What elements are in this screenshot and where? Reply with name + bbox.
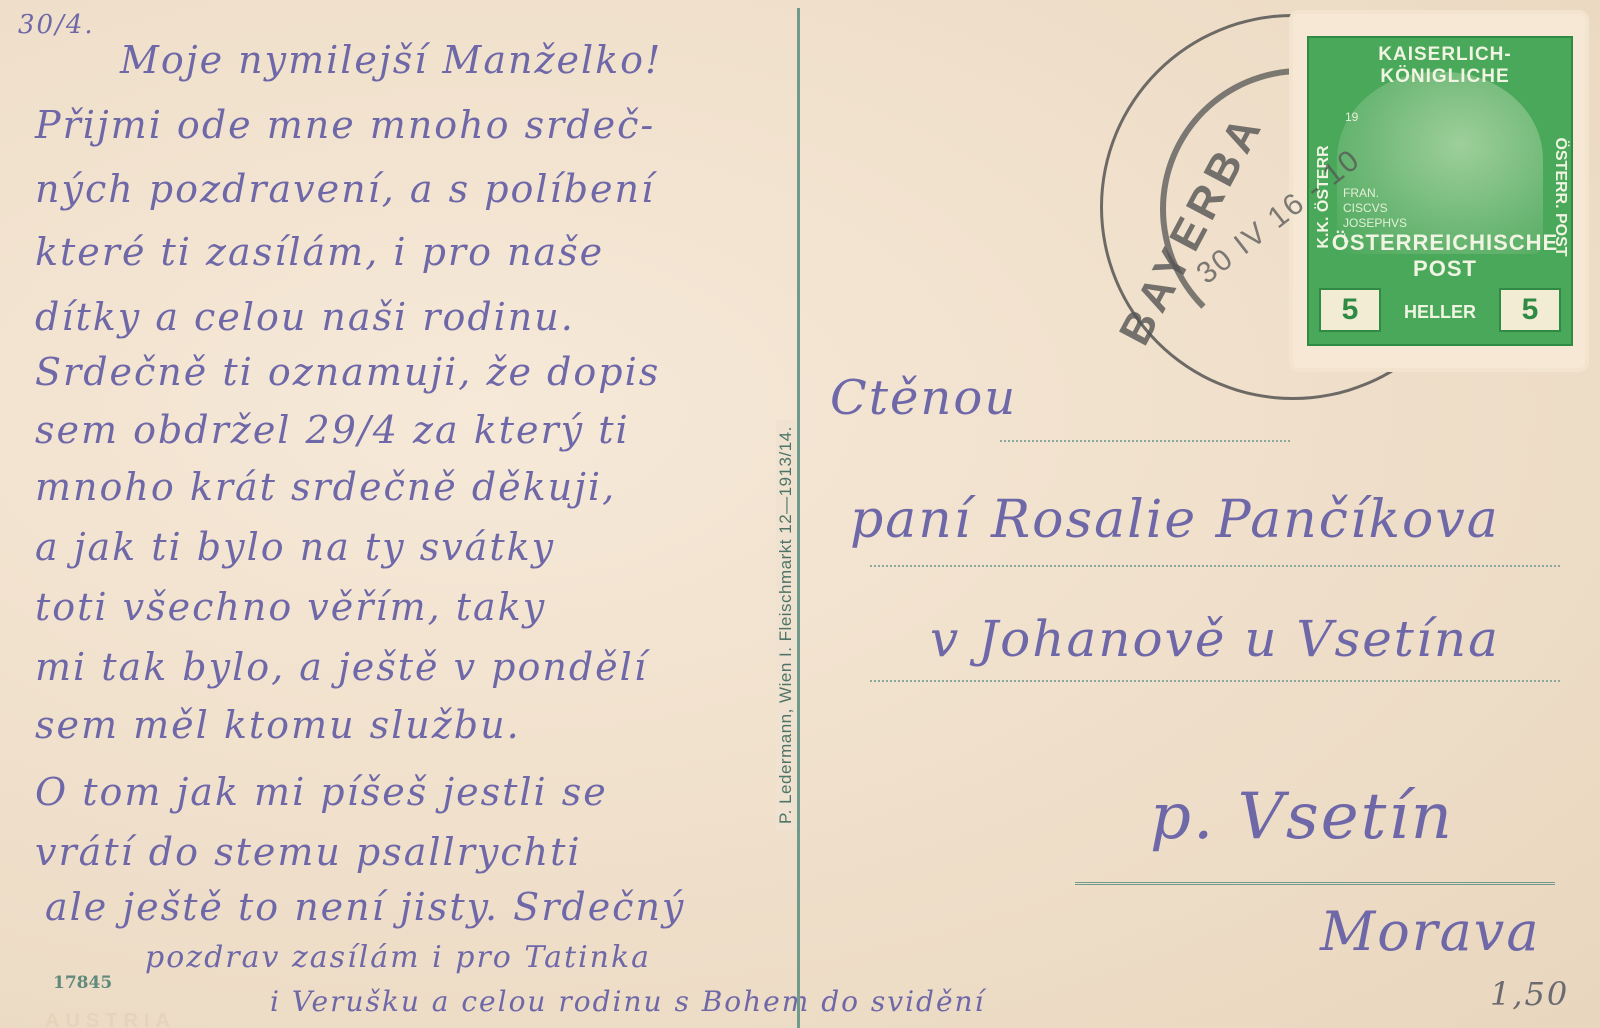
message-date: 30/4. — [18, 10, 95, 40]
message-line: sem měl ktomu službu. — [35, 703, 521, 747]
message-line: ných pozdravení, a s políbení — [35, 167, 655, 211]
message-line: které ti zasílám, i pro naše — [35, 230, 604, 274]
message-line: toti všechno věřím, taky — [35, 585, 546, 629]
address-line-4 — [1075, 882, 1555, 885]
address-line-1 — [1000, 440, 1290, 442]
message-line: dítky a celou naši rodinu. — [35, 295, 575, 339]
message-line: vrátí do stemu psallrychti — [35, 830, 582, 874]
message-line: pozdrav zasílám i pro Tatinka — [145, 940, 651, 975]
stamp-top-text: KAISERLICH-KÖNIGLICHE — [1329, 44, 1561, 88]
address-line-3 — [870, 680, 1560, 682]
address-salutation: Ctěnou — [830, 370, 1017, 426]
message-line: Srdečně ti oznamuji, že dopis — [35, 350, 660, 394]
address-line-2 — [870, 565, 1560, 567]
message-line: i Verušku a celou rodinu s Bohem do svid… — [270, 985, 986, 1018]
stamp-label-line: JOSEPHVS — [1343, 216, 1433, 231]
message-line: mnoho krát srdečně děkuji, — [35, 465, 616, 509]
pencil-price-note: 1,50 — [1490, 975, 1569, 1013]
message-line: sem obdržel 29/4 za který ti — [35, 408, 630, 452]
embossed-mark: AUSTRIA — [45, 1010, 176, 1028]
postcard-back: 30/4. Moje nymilejší Manželko! Přijmi od… — [0, 0, 1600, 1028]
message-line: Přijmi ode mne mnoho srdeč- — [35, 103, 655, 147]
message-line: ale ještě to není jisty. Srdečný — [45, 885, 685, 929]
stamp-label-line: CISCVS — [1343, 201, 1433, 216]
stamp-year: 19 — [1345, 110, 1358, 124]
stamp-label-line: FRAN. — [1343, 186, 1433, 201]
message-line: O tom jak mi píšeš jestli se — [35, 770, 608, 814]
address-village: v Johanově u Vsetína — [930, 610, 1500, 668]
message-line: mi tak bylo, a ještě v pondělí — [35, 645, 648, 689]
stamp-value-left: 5 — [1319, 288, 1381, 332]
address-post-office: p. Vsetín — [1150, 780, 1454, 854]
address-recipient: paní Rosalie Pančíkova — [850, 490, 1500, 550]
message-line: Moje nymilejší Manželko! — [120, 38, 662, 82]
address-region: Morava — [1320, 900, 1541, 963]
stamp-bottom-text: ÖSTERREICHISCHE POST — [1329, 230, 1561, 282]
stamp-value-right: 5 — [1499, 288, 1561, 332]
stamp-currency: HELLER — [1389, 292, 1491, 332]
center-divider — [797, 8, 800, 1028]
card-number: 17845 — [53, 973, 112, 993]
printer-imprint: P. Ledermann, Wien I. Fleischmarkt 12—19… — [776, 420, 796, 830]
message-line: a jak ti bylo na ty svátky — [35, 525, 555, 569]
stamp-frame: KAISERLICH-KÖNIGLICHE K.K. ÖSTERR ÖSTERR… — [1307, 36, 1573, 346]
